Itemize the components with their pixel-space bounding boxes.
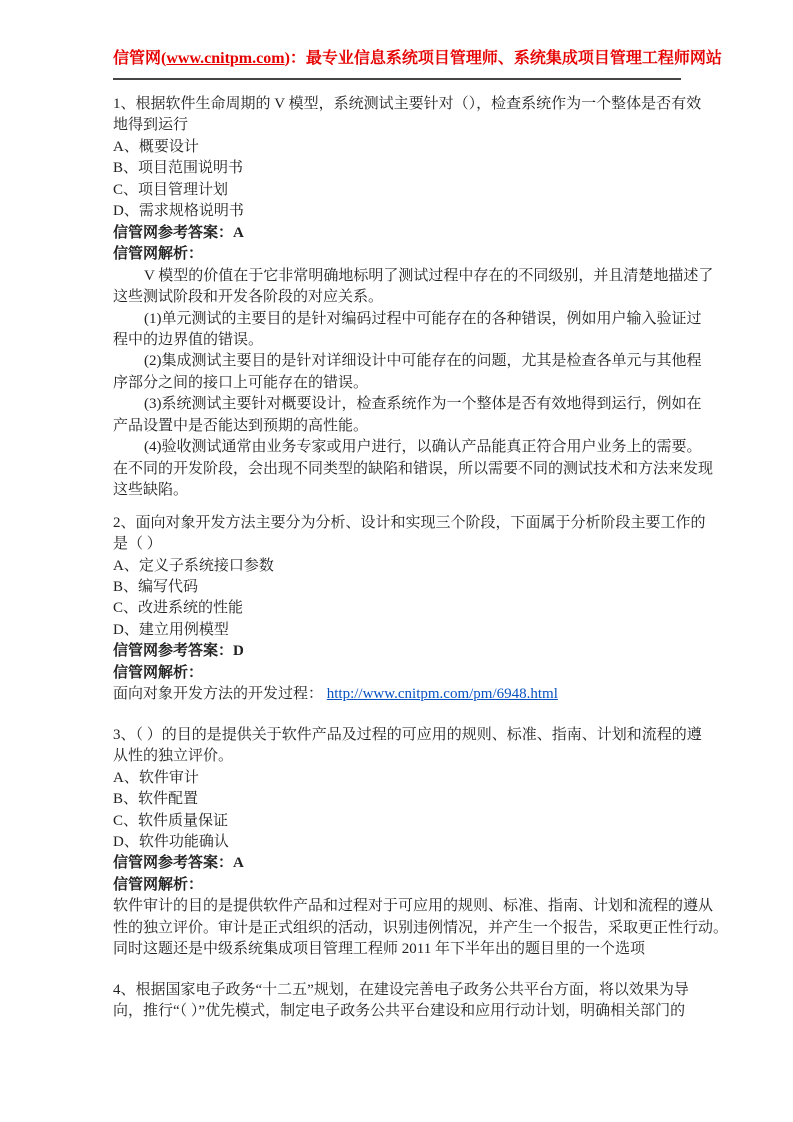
q1-stem-line-2: 地得到运行: [113, 115, 681, 136]
q2-option-c: C、改进系统的性能: [113, 598, 681, 619]
q3-answer: 信管网参考答案：A: [113, 853, 681, 874]
site-header: 信管网(www.cnitpm.com)：最专业信息系统项目管理师、系统集成项目管…: [113, 48, 681, 80]
q2-analysis-text: 面向对象开发方法的开发过程：: [113, 686, 323, 702]
q3-option-d: D、软件功能确认: [113, 832, 681, 853]
q1-analysis-line-4: 程中的边界值的错误。: [113, 330, 681, 351]
q2-stem-line-2: 是（ ）: [113, 534, 681, 555]
q3-option-a: A、软件审计: [113, 768, 681, 789]
q2-stem-line-1: 2、面向对象开发方法主要分为分析、设计和实现三个阶段，下面属于分析阶段主要工作的: [113, 513, 681, 534]
site-name: 信管网(: [113, 50, 166, 67]
q2-option-b: B、编写代码: [113, 577, 681, 598]
q3-analysis-line-2: 性的独立评价。审计是正式组织的活动，识别违例情况，并产生一个报告，采取更正性行动…: [113, 918, 681, 939]
question-1: 1、根据软件生命周期的 V 模型，系统测试主要针对（），检查系统作为一个整体是否…: [113, 94, 681, 502]
q1-stem-line-1: 1、根据软件生命周期的 V 模型，系统测试主要针对（），检查系统作为一个整体是否…: [113, 94, 681, 115]
q2-analysis-hyperlink[interactable]: http://www.cnitpm.com/pm/6948.html: [327, 686, 558, 702]
q3-analysis-line-1: 软件审计的目的是提供软件产品和过程对于可应用的规则、标准、指南、计划和流程的遵从: [113, 896, 681, 917]
question-4: 4、根据国家电子政务“十二五”规划，在建设完善电子政务公共平台方面，将以效果为导…: [113, 980, 681, 1023]
q3-stem-line-2: 从性的独立评价。: [113, 746, 681, 767]
q3-option-c: C、软件质量保证: [113, 811, 681, 832]
site-tagline: )：最专业信息系统项目管理师、系统集成项目管理工程师网站: [285, 50, 722, 67]
document-content: 1、根据软件生命周期的 V 模型，系统测试主要针对（），检查系统作为一个整体是否…: [113, 80, 681, 1023]
q1-option-b: B、项目范围说明书: [113, 158, 681, 179]
q1-analysis-line-6: 序部分之间的接口上可能存在的错误。: [113, 373, 681, 394]
site-url-link[interactable]: www.cnitpm.com: [166, 50, 284, 67]
q3-stem-line-1: 3、（ ）的目的是提供关于软件产品及过程的可应用的规则、标准、指南、计划和流程的…: [113, 725, 681, 746]
q1-analysis-line-1: V 模型的价值在于它非常明确地标明了测试过程中存在的不同级别，并且清楚地描述了: [113, 266, 681, 287]
q2-analysis-heading: 信管网解析：: [113, 663, 681, 684]
question-3: 3、（ ）的目的是提供关于软件产品及过程的可应用的规则、标准、指南、计划和流程的…: [113, 725, 681, 961]
q2-answer: 信管网参考答案：D: [113, 641, 681, 662]
q1-option-c: C、项目管理计划: [113, 180, 681, 201]
q2-option-d: D、建立用例模型: [113, 620, 681, 641]
q3-option-b: B、软件配置: [113, 789, 681, 810]
q1-option-a: A、概要设计: [113, 137, 681, 158]
q1-analysis-line-5: (2)集成测试主要目的是针对详细设计中可能存在的问题，尤其是检查各单元与其他程: [113, 351, 681, 372]
q1-analysis-line-3: (1)单元测试的主要目的是针对编码过程中可能存在的各种错误，例如用户输入验证过: [113, 309, 681, 330]
q2-analysis-line-1: 面向对象开发方法的开发过程： http://www.cnitpm.com/pm/…: [113, 684, 681, 705]
q4-stem-line-1: 4、根据国家电子政务“十二五”规划，在建设完善电子政务公共平台方面，将以效果为导: [113, 980, 681, 1001]
q1-analysis-line-7: (3)系统测试主要针对概要设计，检查系统作为一个整体是否有效地得到运行，例如在: [113, 394, 681, 415]
question-2: 2、面向对象开发方法主要分为分析、设计和实现三个阶段，下面属于分析阶段主要工作的…: [113, 513, 681, 706]
q1-answer: 信管网参考答案：A: [113, 223, 681, 244]
q2-option-a: A、定义子系统接口参数: [113, 556, 681, 577]
q1-option-d: D、需求规格说明书: [113, 201, 681, 222]
q4-stem-line-2: 向，推行“（ ）”优先模式，制定电子政务公共平台建设和应用行动计划，明确相关部门…: [113, 1001, 681, 1022]
q1-analysis-heading: 信管网解析：: [113, 244, 681, 265]
document-page: 信管网(www.cnitpm.com)：最专业信息系统项目管理师、系统集成项目管…: [0, 0, 793, 1122]
q1-analysis-line-2: 这些测试阶段和开发各阶段的对应关系。: [113, 287, 681, 308]
q1-analysis-line-10: 在不同的开发阶段，会出现不同类型的缺陷和错误，所以需要不同的测试技术和方法来发现: [113, 459, 681, 480]
q3-analysis-heading: 信管网解析：: [113, 875, 681, 896]
q1-analysis-line-11: 这些缺陷。: [113, 480, 681, 501]
q1-analysis-line-8: 产品设置中是否能达到预期的高性能。: [113, 416, 681, 437]
q1-analysis-line-9: (4)验收测试通常由业务专家或用户进行，以确认产品能真正符合用户业务上的需要。: [113, 437, 681, 458]
q3-analysis-line-3: 同时这题还是中级系统集成项目管理工程师 2011 年下半年出的题目里的一个选项: [113, 939, 681, 960]
